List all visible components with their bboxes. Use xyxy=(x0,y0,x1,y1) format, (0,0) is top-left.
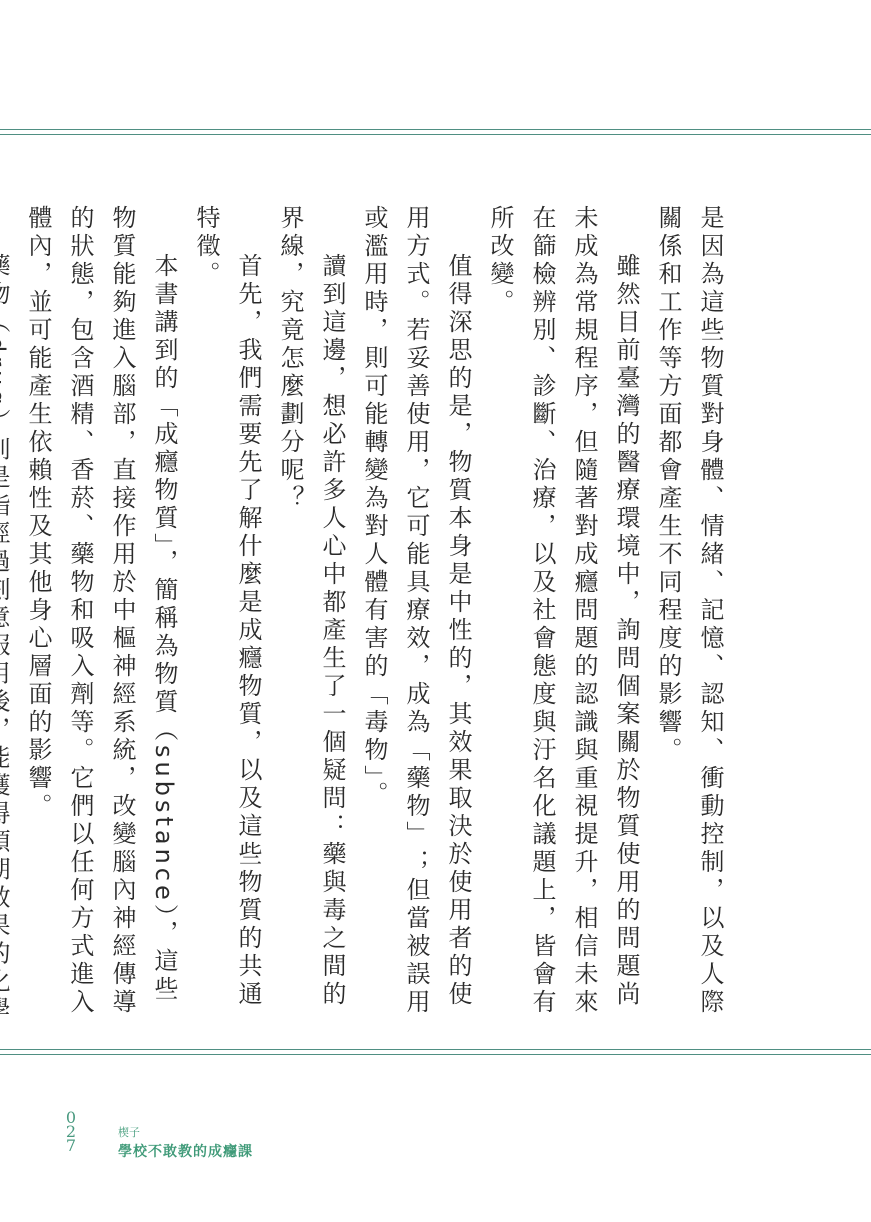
book-title: 學校不敢教的成癮課 xyxy=(118,1142,253,1162)
paragraph-5: 首先，我們需要先了解什麼是成癮物質，以及這些物質的共通特徵。 xyxy=(185,205,269,1025)
chapter-label: 楔子 xyxy=(118,1126,253,1140)
paragraph-2: 雖然目前臺灣的醫療環境中，詢問個案關於物質使用的問題尚未成為常規程序，但隨著對成… xyxy=(479,205,647,1025)
page-number-digit-3: 7 xyxy=(64,1139,78,1153)
top-rule-inner xyxy=(0,134,871,135)
bottom-rule-inner xyxy=(0,1054,871,1055)
paragraph-6: 本書講到的「成癮物質」，簡稱為物質（substance），這些物質能夠進入腦部，… xyxy=(17,205,185,1025)
top-rule-outer xyxy=(0,129,871,130)
body-text: 是因為這些物質對身體、情緒、記憶、認知、衝動控制，以及人際關係和工作等方面都會產… xyxy=(0,205,731,1025)
running-head: 楔子 學校不敢教的成癮課 xyxy=(118,1126,253,1162)
paragraph-7: 藥物（drug）則是指經過刻意服用後，能獲得預期效果的化學物質。這些化學物質 xyxy=(0,205,17,1025)
bottom-rule-outer xyxy=(0,1049,871,1050)
page-number: 0 2 7 xyxy=(64,1111,78,1153)
paragraph-4: 讀到這邊，想必許多人心中都產生了一個疑問：藥與毒之間的界線，究竟怎麼劃分呢？ xyxy=(269,205,353,1025)
paragraph-3: 值得深思的是，物質本身是中性的，其效果取決於使用者的使用方式。若妥善使用，它可能… xyxy=(353,205,479,1025)
paragraph-1: 是因為這些物質對身體、情緒、記憶、認知、衝動控制，以及人際關係和工作等方面都會產… xyxy=(647,205,731,1025)
